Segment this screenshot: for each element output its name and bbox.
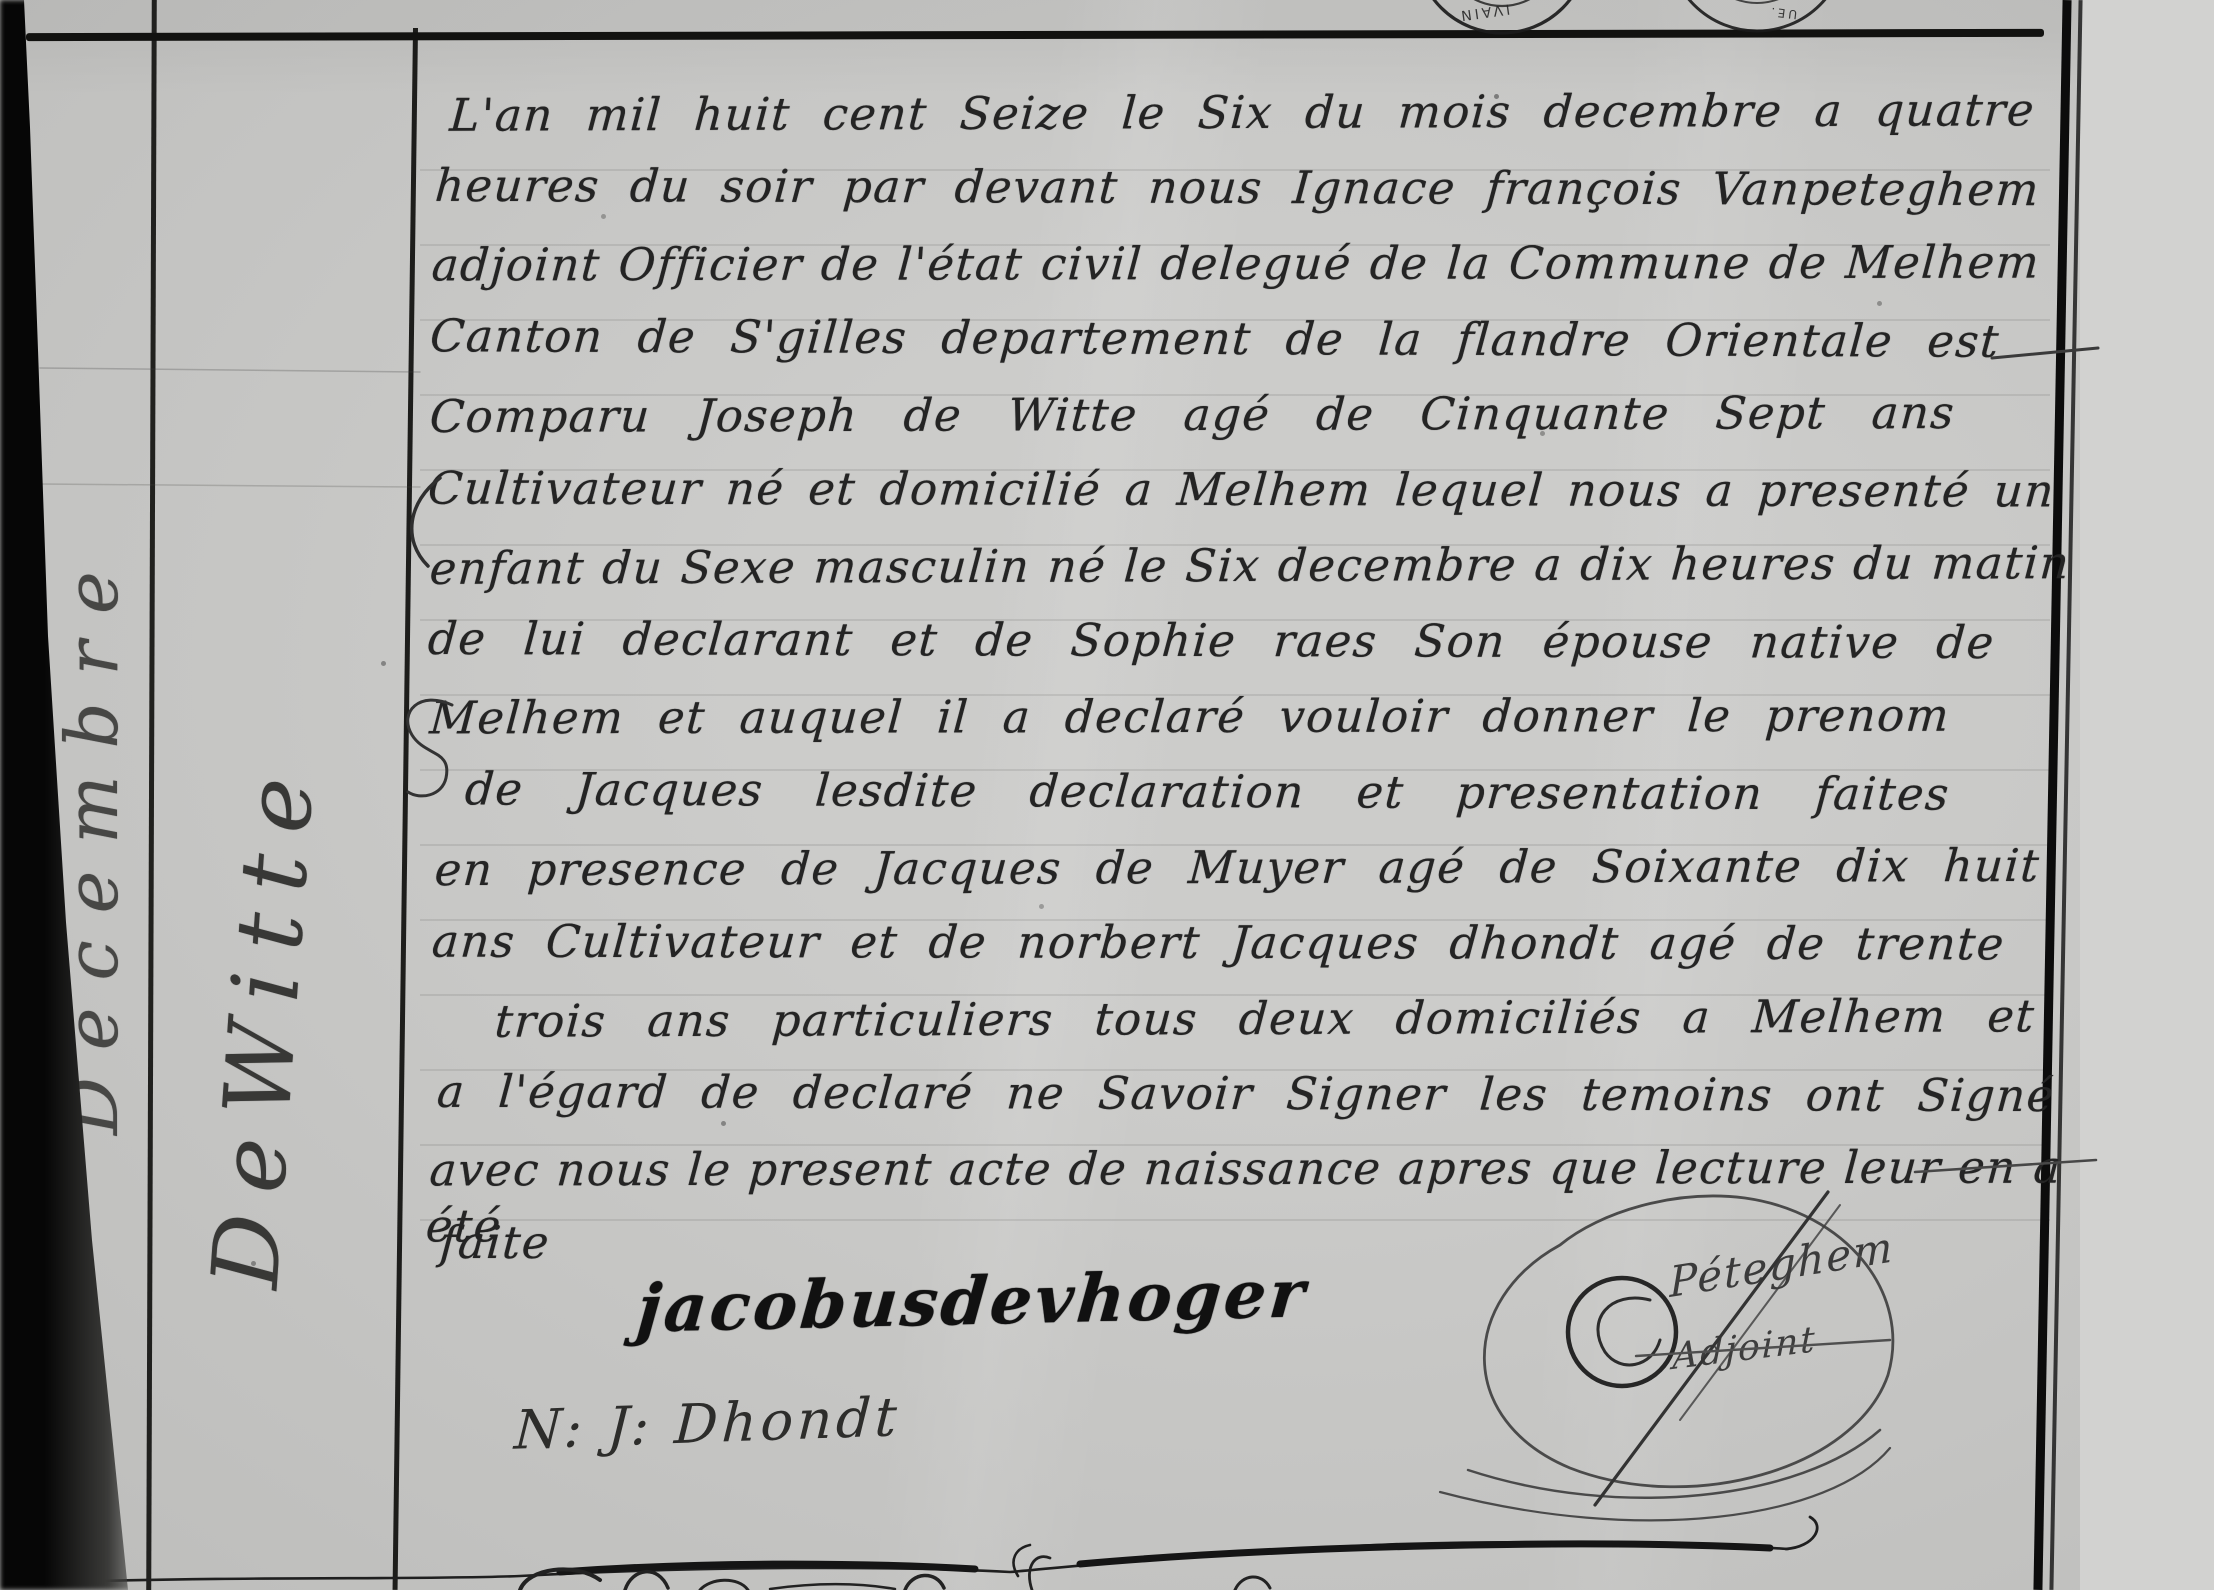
ink-strokes-layer xyxy=(0,0,2214,1590)
birth-record-scan: Decembre DeWitte L'an mil huit cent Seiz… xyxy=(0,0,2214,1590)
cutoff-handwriting-marks xyxy=(520,1557,1270,1590)
pen-flourish-mark xyxy=(412,478,440,566)
signature-flourish xyxy=(1440,1192,1893,1520)
notary-stamp-right-icon xyxy=(1668,0,1846,31)
pencil-guide xyxy=(40,368,420,372)
entry-separator-line xyxy=(62,1517,1817,1582)
pencil-guide xyxy=(40,484,420,487)
notary-stamp-left-icon xyxy=(1416,0,1588,33)
line-end-stroke xyxy=(1915,1160,2096,1172)
pen-curl-mark xyxy=(408,700,452,796)
line-filler-stroke xyxy=(1992,348,2098,358)
